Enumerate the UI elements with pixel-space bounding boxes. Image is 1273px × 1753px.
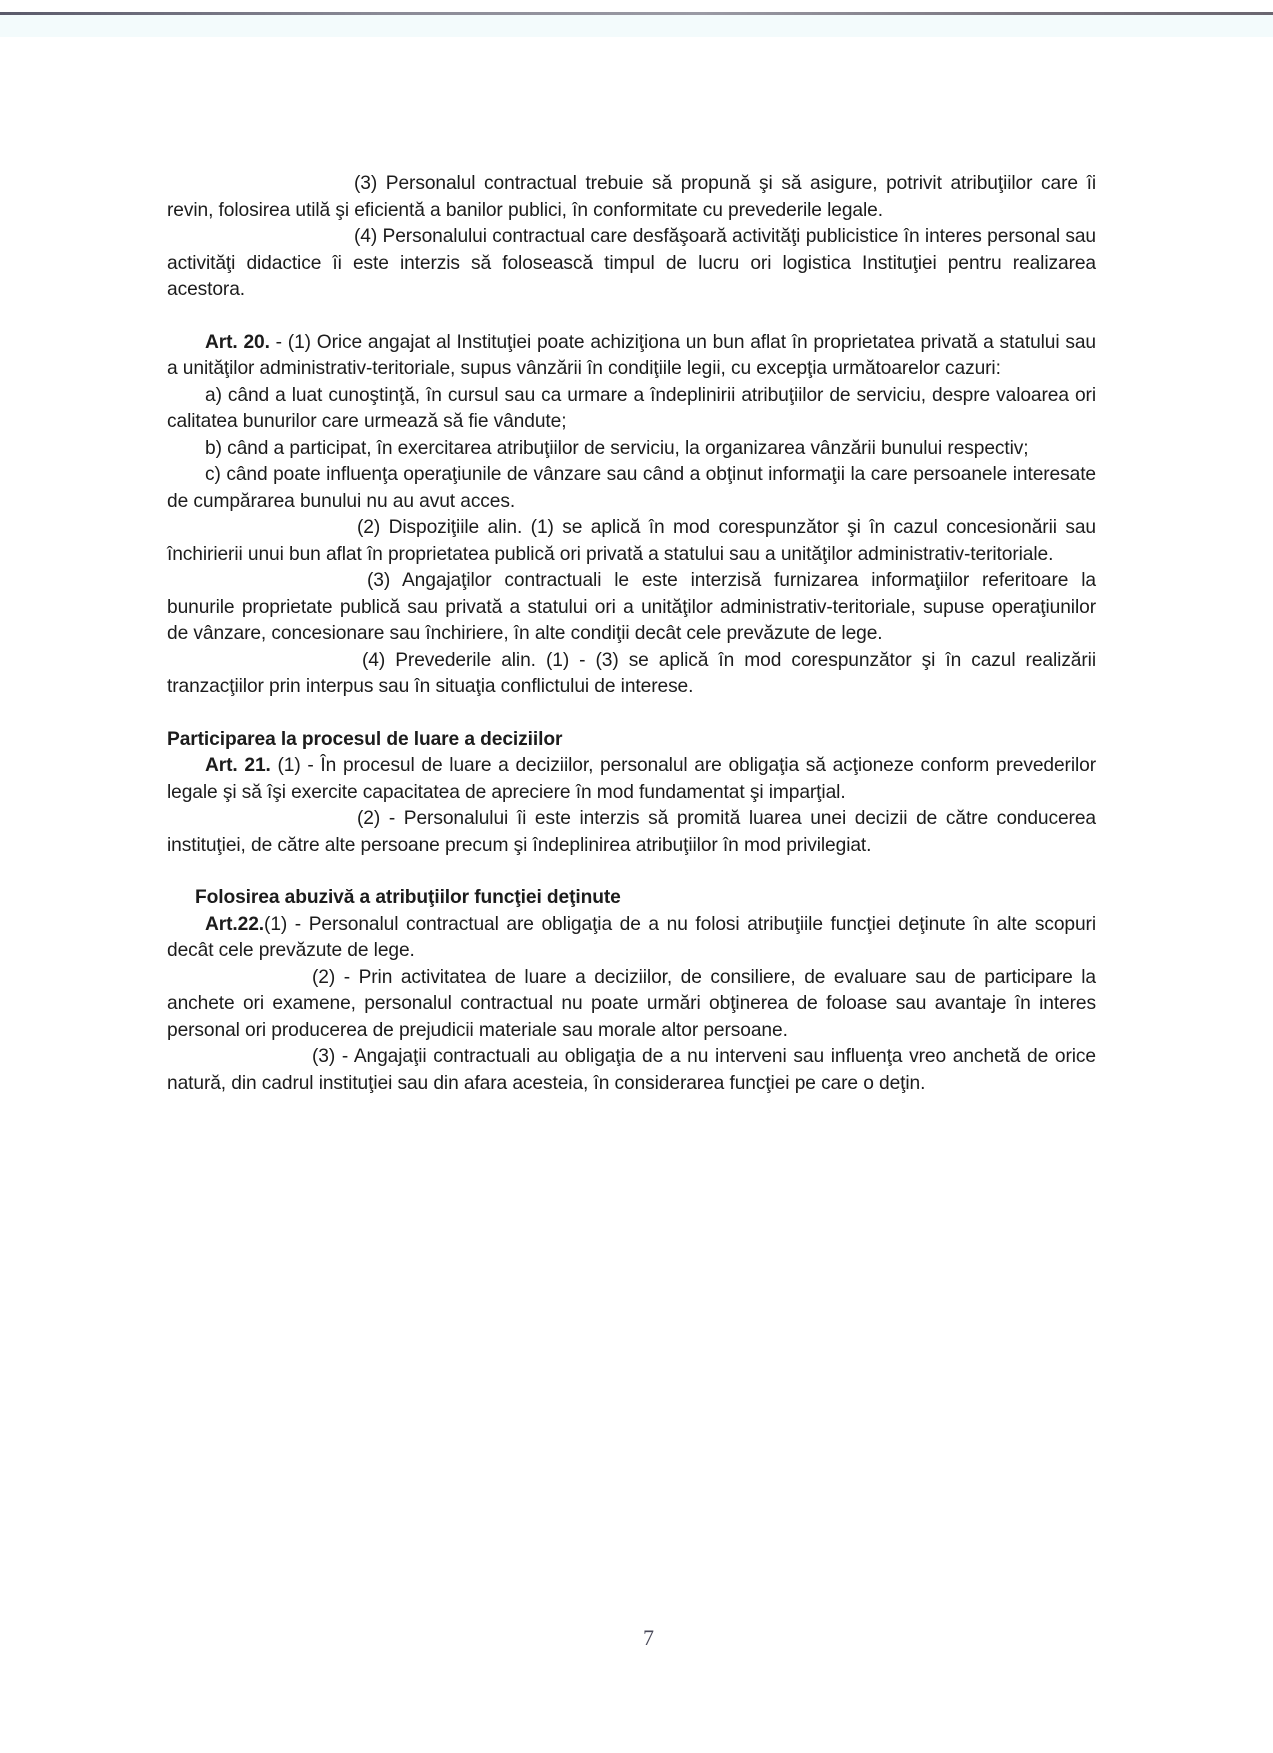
article-label: Art. 21. (205, 755, 271, 776)
spacer (167, 859, 1096, 885)
spacer (167, 304, 1096, 330)
page-number: 7 (643, 1625, 654, 1651)
document-page: (3) Personalul contractual trebuie să pr… (167, 171, 1096, 1097)
paragraph-art20-3: (3) Angajaţilor contractuali le este int… (167, 568, 1096, 648)
paragraph-art21-1: Art. 21. (1) - În procesul de luare a de… (167, 753, 1096, 806)
article-label: Art. 20. (205, 332, 270, 353)
section-heading-abuse-of-function: Folosirea abuzivă a atribuţiilor funcţie… (167, 885, 1096, 912)
list-item-a: a) când a luat cunoştinţă, în cursul sau… (167, 383, 1096, 436)
list-item-b: b) când a participat, în exercitarea atr… (167, 436, 1096, 463)
paragraph-art22-2: (2) - Prin activitatea de luare a decizi… (167, 965, 1096, 1045)
section-heading-decision-making: Participarea la procesul de luare a deci… (167, 727, 1096, 754)
article-text: - (1) Orice angajat al Instituţiei poate… (167, 332, 1096, 380)
paragraph-art19-4: (4) Personalului contractual care desfăş… (167, 224, 1096, 304)
paragraph-art19-3: (3) Personalul contractual trebuie să pr… (167, 171, 1096, 224)
paragraph-art22-1: Art.22.(1) - Personalul contractual are … (167, 912, 1096, 965)
paragraph-art22-3: (3) - Angajaţii contractuali au obligaţi… (167, 1044, 1096, 1097)
paragraph-art20-1: Art. 20. - (1) Orice angajat al Instituţ… (167, 330, 1096, 383)
paragraph-art20-4: (4) Prevederile alin. (1) - (3) se aplic… (167, 648, 1096, 701)
paragraph-art21-2: (2) - Personalului îi este interzis să p… (167, 806, 1096, 859)
list-item-c: c) când poate influenţa operaţiunile de … (167, 462, 1096, 515)
article-text: (1) - Personalul contractual are obligaţ… (167, 914, 1096, 962)
spacer (167, 701, 1096, 727)
paragraph-art20-2: (2) Dispoziţiile alin. (1) se aplică în … (167, 515, 1096, 568)
scan-top-tint (0, 15, 1273, 37)
article-label: Art.22. (205, 914, 264, 935)
article-text: (1) - În procesul de luare a deciziilor,… (167, 755, 1096, 803)
